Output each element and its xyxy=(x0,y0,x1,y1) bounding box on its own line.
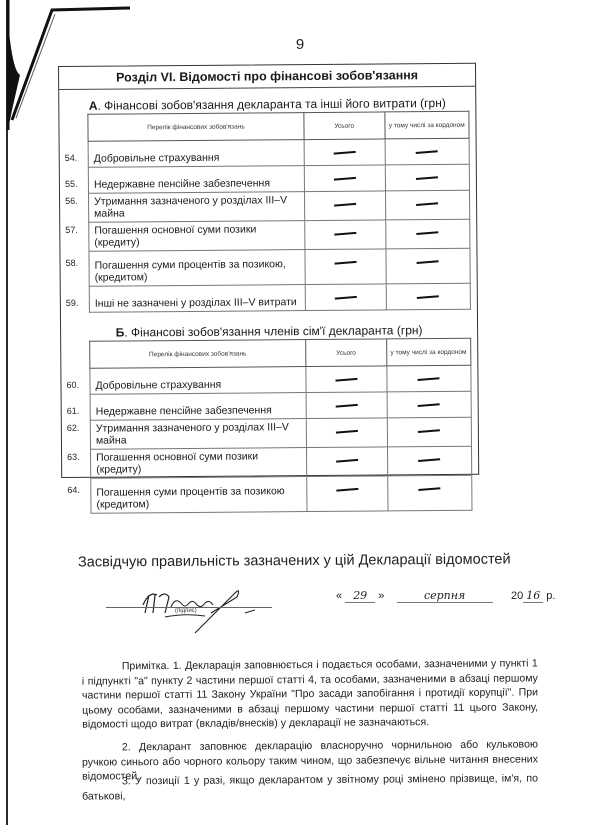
row-total xyxy=(306,392,387,419)
row-total xyxy=(306,418,387,448)
row-abroad xyxy=(387,475,472,511)
part-b-table-wrap: Перелік фінансових зобов'язань Усього у … xyxy=(89,338,472,514)
header-name: Перелік фінансових зобов'язань xyxy=(88,113,304,142)
row-label: 62.Утримання зазначеного у розділах III–… xyxy=(90,419,306,450)
row-total xyxy=(305,249,386,285)
header-name: Перелік фінансових зобов'язань xyxy=(90,340,306,369)
row-abroad xyxy=(387,446,472,476)
note-3: 3. У позиції 1 у разі, якщо декларантом … xyxy=(82,771,538,803)
row-abroad xyxy=(386,365,471,392)
header-total: Усього xyxy=(306,339,387,367)
row-label: 59.Інші не зазначені у розділах III–V ви… xyxy=(89,285,305,313)
attestation-text: Засвідчую правильність зазначених у цій … xyxy=(78,551,511,570)
dash-mark xyxy=(335,377,357,380)
section-vi-box: Розділ VI. Відомості про фінансові зобов… xyxy=(58,63,479,478)
row-label: 56.Утримання зазначеного у розділах III–… xyxy=(89,192,305,223)
header-abroad: у тому числі за кордоном xyxy=(386,338,471,366)
dash-mark xyxy=(417,231,439,234)
dash-mark xyxy=(334,231,356,234)
part-a-table: Перелік фінансових зобов'язань Усього у … xyxy=(87,111,471,313)
dash-mark xyxy=(419,487,441,490)
row-total xyxy=(306,366,387,393)
table-header: Перелік фінансових зобов'язань Усього у … xyxy=(90,338,471,368)
table-header: Перелік фінансових зобов'язань Усього у … xyxy=(88,111,469,141)
row-total xyxy=(304,191,385,221)
date-year-mark: р. xyxy=(546,590,555,602)
row-abroad xyxy=(385,164,470,191)
part-a-letter: А xyxy=(89,99,98,113)
dash-mark xyxy=(336,458,358,461)
dash-mark xyxy=(335,403,357,406)
dash-mark xyxy=(418,403,440,406)
table-row: 63.Погашення основної суми позики (креди… xyxy=(91,446,472,478)
dash-mark xyxy=(417,295,439,298)
row-label: 55.Недержавне пенсійне забезпечення xyxy=(88,166,304,194)
header-total: Усього xyxy=(304,112,385,140)
table-row: 54.Добровільне страхування xyxy=(88,138,469,167)
dash-mark xyxy=(416,150,438,153)
row-label: 58.Погашення суми процентів за позикою, … xyxy=(89,250,305,287)
row-abroad xyxy=(385,219,470,249)
row-total xyxy=(305,220,386,250)
dash-mark xyxy=(418,458,440,461)
date-day: 29 xyxy=(345,589,375,603)
dash-mark xyxy=(416,202,438,205)
dash-mark xyxy=(335,295,357,298)
date-open-quote: « xyxy=(336,590,342,602)
table-row: 58.Погашення суми процентів за позикою, … xyxy=(89,248,470,286)
table-row: 59.Інші не зазначені у розділах III–V ви… xyxy=(89,283,470,312)
row-abroad xyxy=(387,391,472,418)
row-label: 64.Погашення суми процентів за позикою (… xyxy=(91,477,307,514)
dash-mark xyxy=(416,176,438,179)
handwritten-signature xyxy=(135,583,275,638)
date-row: « 29 » серпня 2016 р. xyxy=(336,589,555,603)
table-row: 62.Утримання зазначеного у розділах III–… xyxy=(90,417,471,449)
row-label: 61.Недержавне пенсійне забезпечення xyxy=(90,393,306,421)
date-year-suffix: 16 xyxy=(523,589,543,603)
table-row: 56.Утримання зазначеного у розділах III–… xyxy=(89,190,470,222)
date-month: серпня xyxy=(397,589,493,603)
part-a-table-wrap: Перелік фінансових зобов'язань Усього у … xyxy=(87,111,471,313)
row-total xyxy=(304,139,385,166)
dash-mark xyxy=(417,260,439,263)
dash-mark xyxy=(336,487,358,490)
page-number: 9 xyxy=(0,36,600,53)
dash-mark xyxy=(418,377,440,380)
row-abroad xyxy=(387,417,472,447)
dash-mark xyxy=(334,202,356,205)
section-title: Розділ VI. Відомості про фінансові зобов… xyxy=(59,64,475,90)
row-abroad xyxy=(385,248,470,284)
dash-mark xyxy=(334,176,356,179)
date-close-quote: » xyxy=(378,590,384,602)
row-label: 54.Добровільне страхування xyxy=(88,140,304,168)
row-label: 60.Добровільне страхування xyxy=(90,367,306,395)
signature-caption: (підпис) xyxy=(175,608,197,614)
row-total xyxy=(304,165,385,192)
row-label: 63.Погашення основної суми позики (креди… xyxy=(91,448,307,479)
dash-mark xyxy=(334,260,356,263)
table-row: 61.Недержавне пенсійне забезпечення xyxy=(90,391,471,420)
note-1: Примітка. 1. Декларація заповнюється і п… xyxy=(82,656,538,732)
dash-mark xyxy=(333,150,355,153)
row-abroad xyxy=(386,283,471,310)
dash-mark xyxy=(418,429,440,432)
row-abroad xyxy=(385,190,470,220)
date-year-prefix: 20 xyxy=(511,590,523,602)
row-total xyxy=(305,284,386,311)
row-label: 57.Погашення основної суми позики (креди… xyxy=(89,221,305,252)
table-row: 64.Погашення суми процентів за позикою (… xyxy=(91,475,472,513)
row-total xyxy=(307,476,388,512)
row-abroad xyxy=(385,138,470,165)
dash-mark xyxy=(336,429,358,432)
part-b-table: Перелік фінансових зобов'язань Усього у … xyxy=(89,338,472,514)
table-row: 55.Недержавне пенсійне забезпечення xyxy=(88,164,469,193)
row-total xyxy=(307,447,388,477)
table-row: 57.Погашення основної суми позики (креди… xyxy=(89,219,470,251)
header-abroad: у тому числі за кордоном xyxy=(384,111,469,139)
table-row: 60.Добровільне страхування xyxy=(90,365,471,394)
